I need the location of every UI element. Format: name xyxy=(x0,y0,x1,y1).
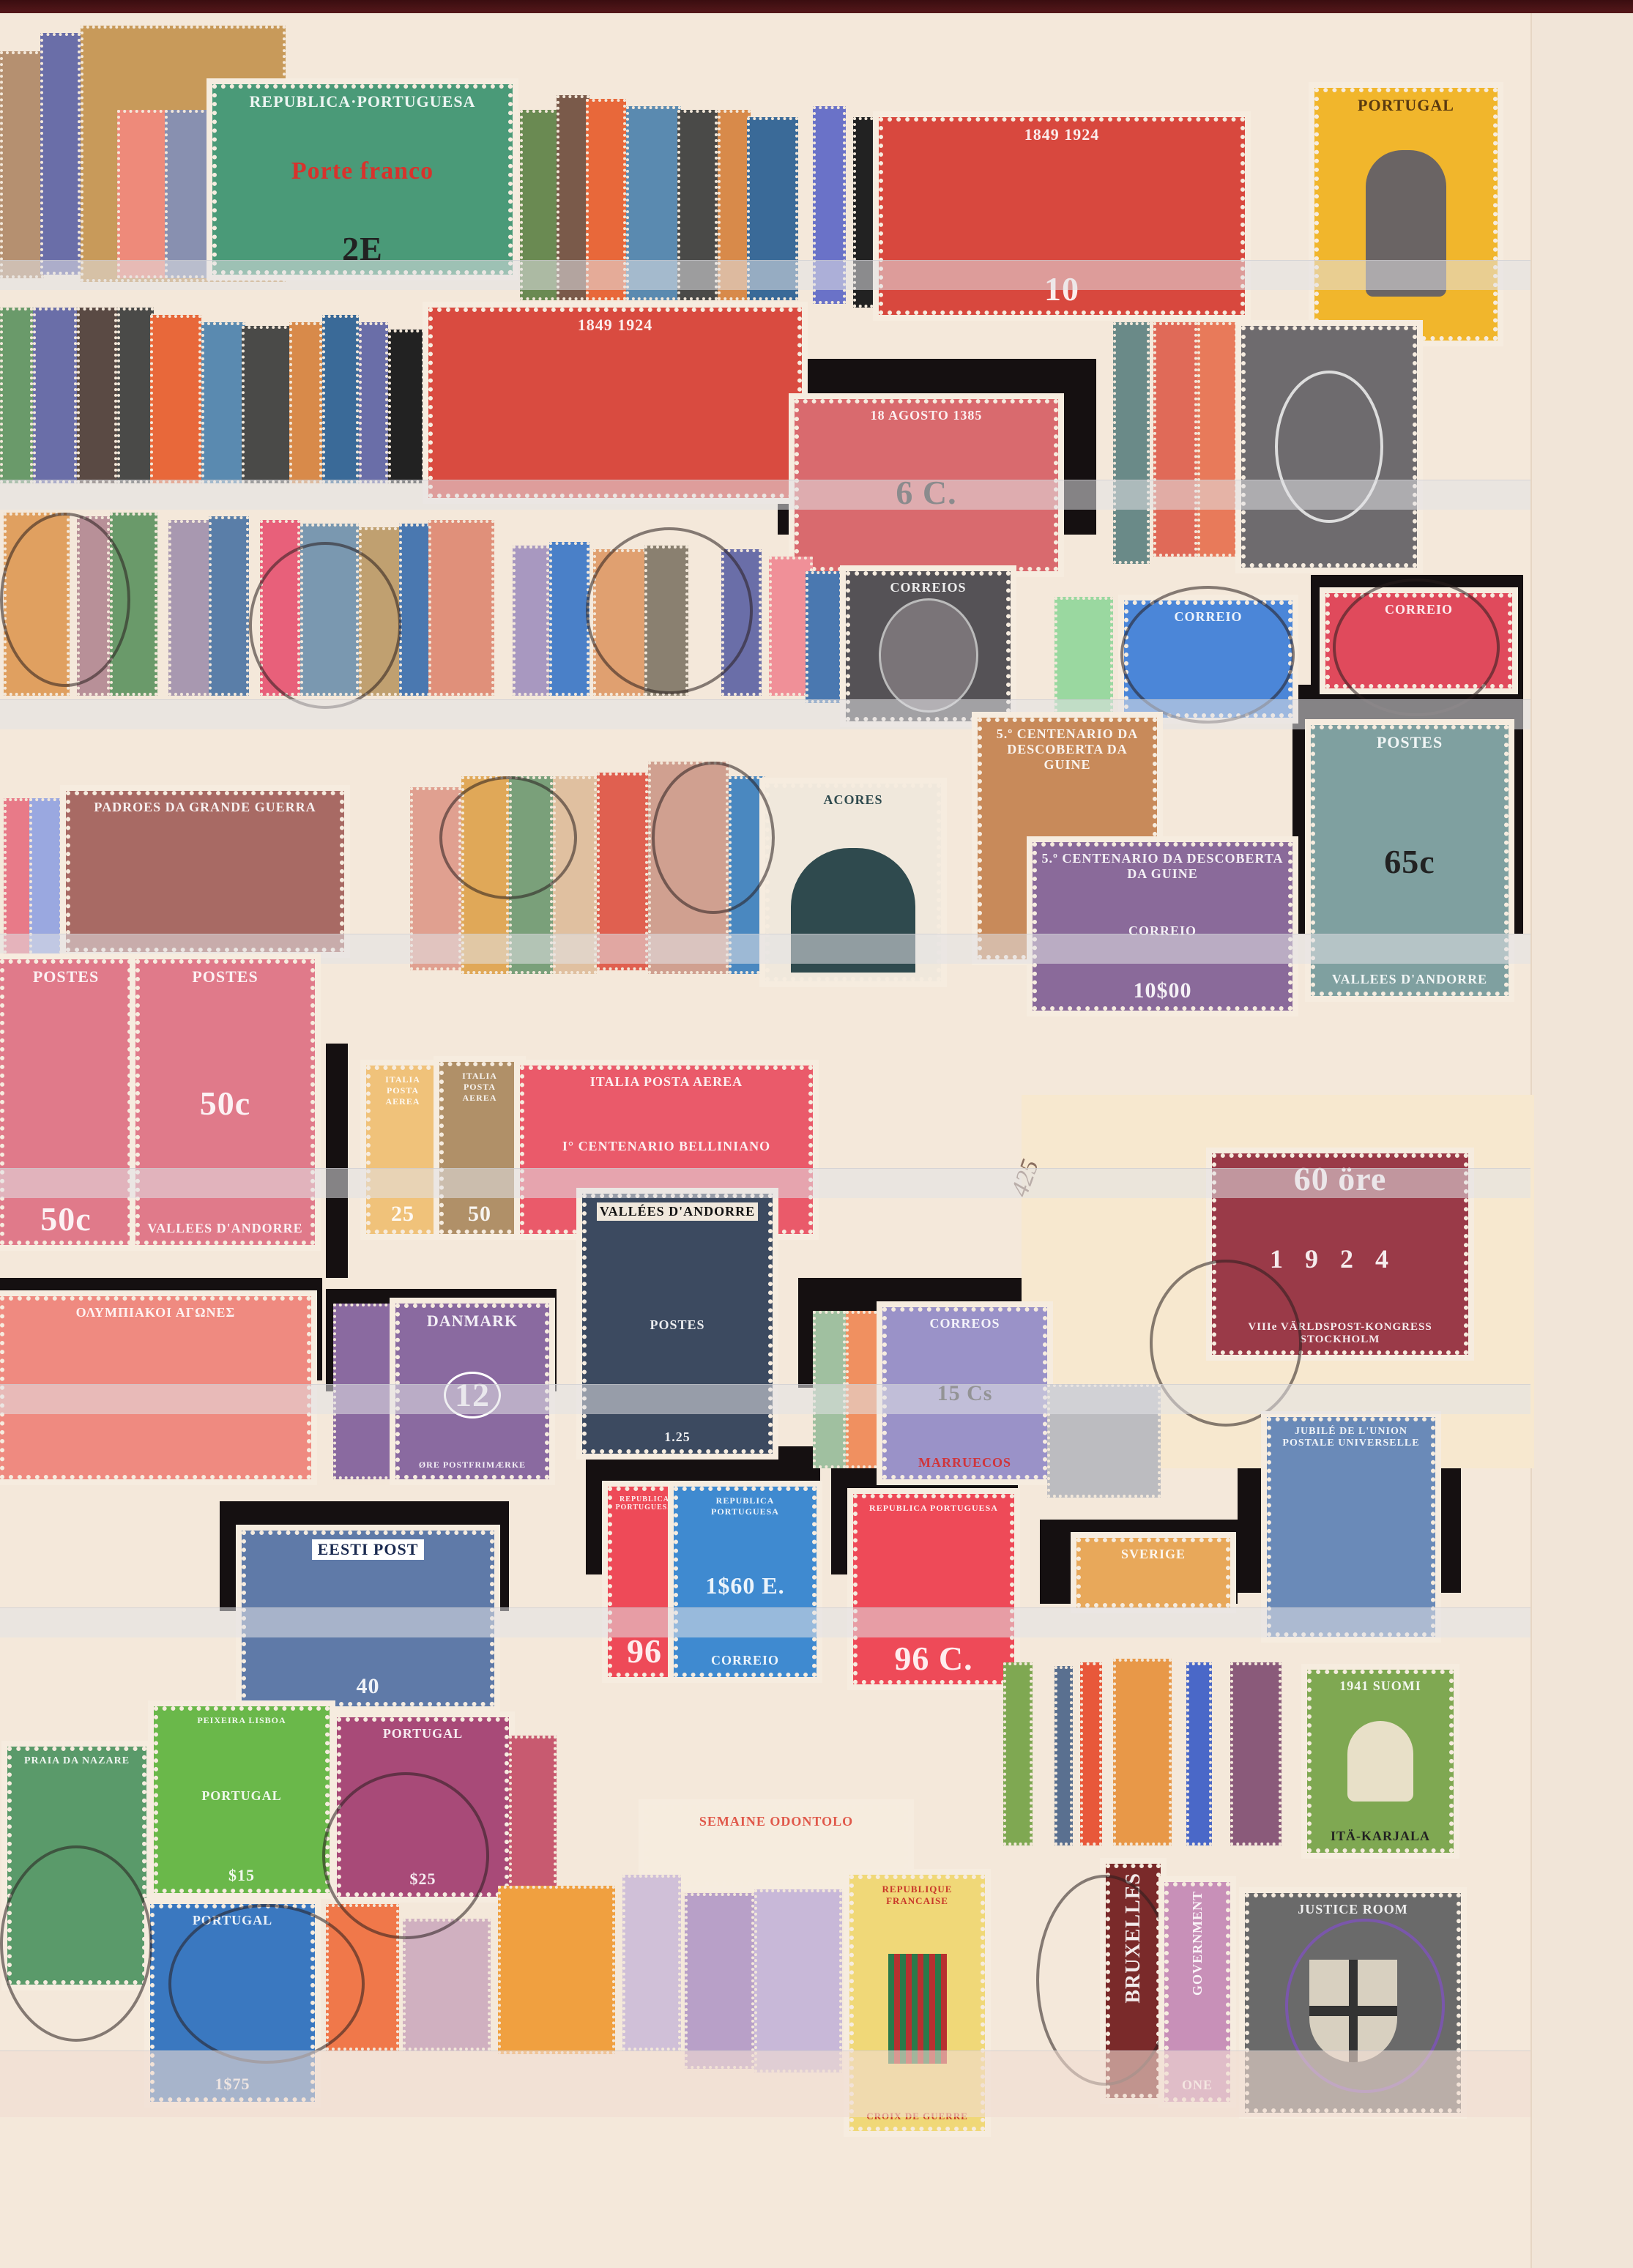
stamp-title: REPUBLIQUE FRANCAISE xyxy=(857,1884,978,1907)
postmark xyxy=(586,527,753,694)
stamp-footer: POSTES xyxy=(650,1317,704,1333)
glassine-strip xyxy=(0,1168,1530,1198)
stamp-belgium-1849-1924-2: 1849 1924 xyxy=(428,308,802,498)
stamp-edge xyxy=(509,1736,557,1900)
stamp-value: 50c xyxy=(40,1202,91,1236)
stamp-edge xyxy=(150,315,201,483)
stamp-edge xyxy=(33,308,77,483)
stamp-title: POSTES xyxy=(1377,734,1443,751)
stamp-footer: CORREIO xyxy=(711,1653,779,1668)
stamp-edge xyxy=(117,308,154,483)
stamp-footer: VALLEES D'ANDORRE xyxy=(1332,972,1487,987)
stamp-edge xyxy=(1003,1662,1033,1845)
stamp-guine-2: 5.º CENTENARIO DA DESCOBERTA DA GUINE CO… xyxy=(1033,842,1292,1011)
stamp-edge xyxy=(359,322,388,483)
stamp-edge xyxy=(165,110,216,278)
stamp-edge xyxy=(1197,322,1238,557)
stamp-title: 5.º CENTENARIO DA DESCOBERTA DA GUINE xyxy=(985,726,1150,773)
portrait-oval xyxy=(879,598,978,713)
stamp-title: 18 AGOSTO 1385 xyxy=(871,408,983,423)
stamp-value: 1.25 xyxy=(664,1429,691,1445)
stamp-portugal-yellow: PORTUGAL xyxy=(1314,88,1498,341)
stamp-footer: VALLEES D'ANDORRE xyxy=(147,1221,302,1236)
portrait-figure xyxy=(1347,1721,1413,1802)
stamp-title: VALLÉES D'ANDORRE xyxy=(597,1202,758,1221)
stamp-value: 10$00 xyxy=(1134,980,1192,1002)
album-right-margin xyxy=(1530,13,1633,2268)
stamp-edge xyxy=(168,520,212,696)
stamp-title: REPUBLICA PORTUGUESA xyxy=(869,1503,998,1514)
postmark xyxy=(439,776,577,899)
stamp-title: EESTI POST xyxy=(312,1539,425,1560)
stamp-andorra-landscape: VALLÉES D'ANDORRE POSTES 1.25 xyxy=(582,1194,773,1454)
stamp-title: JUSTICE ROOM xyxy=(1298,1902,1408,1917)
stamp-title: ITALIA POSTA AEREA xyxy=(373,1074,432,1107)
stamp-edge xyxy=(1113,322,1150,564)
stamp-edge xyxy=(117,110,168,278)
stamp-title: 5.º CENTENARIO DA DESCOBERTA DA GUINE xyxy=(1040,851,1285,882)
stamp-edge xyxy=(498,1886,615,2054)
stamp-edge xyxy=(513,546,549,696)
stamp-edge xyxy=(1186,1662,1212,1845)
postmark xyxy=(1333,579,1500,716)
stamp-value: 96 xyxy=(627,1635,662,1668)
postmark xyxy=(168,1904,365,2064)
stamp-finland-1941: 1941 SUOMI ITÄ-KARJALA xyxy=(1307,1670,1454,1853)
stamp-edge xyxy=(1230,1662,1282,1845)
stamp-overprint: MARRUECOS xyxy=(918,1455,1011,1471)
stamp-title: REPUBLICA PORTUGUESA xyxy=(615,1495,674,1512)
glassine-strip xyxy=(0,2051,1530,2117)
postmark xyxy=(0,1845,152,2042)
stamp-overprint: Porte franco xyxy=(291,159,434,184)
stamp-semaine-odontologique: SEMAINE ODONTOLO xyxy=(644,1805,908,1886)
stamp-title: PADROES DA GRANDE GUERRA xyxy=(94,800,316,815)
stamp-edge xyxy=(289,322,322,483)
stamp-padroes: PADROES DA GRANDE GUERRA xyxy=(66,791,344,952)
postmark xyxy=(249,542,401,709)
stamp-italy-bellini-50: ITALIA POSTA AEREA 50 xyxy=(439,1062,520,1234)
stamp-title: ACORES xyxy=(823,792,882,808)
stamp-title: REPUBLICA·PORTUGUESA xyxy=(250,93,476,111)
stamp-title: SVERIGE xyxy=(1121,1547,1186,1562)
stamp-title: PORTUGAL xyxy=(383,1726,463,1741)
stamp-andorra-50-b: POSTES 50c VALLEES D'ANDORRE xyxy=(135,959,315,1245)
stamp-edge xyxy=(388,330,425,483)
stamp-edge xyxy=(201,322,245,483)
stamp-title: JUBILÉ DE L'UNION POSTALE UNIVERSELLE xyxy=(1274,1426,1428,1449)
stamp-edge xyxy=(77,308,117,483)
stamp-value: 1$60 E. xyxy=(705,1574,784,1597)
stamp-value: 50 xyxy=(468,1203,491,1225)
black-mount xyxy=(326,1044,348,1278)
stamp-edge xyxy=(40,33,81,275)
stamp-edge xyxy=(754,1889,842,2072)
stamp-title: CORREIOS xyxy=(890,580,966,595)
stamp-ceres-96-a: REPUBLICA PORTUGUESA 96 xyxy=(608,1487,681,1677)
postmark xyxy=(0,513,130,687)
stamp-edge xyxy=(806,571,842,703)
stamp-edge xyxy=(549,542,589,696)
stamp-value: $15 xyxy=(228,1867,255,1884)
stamp-value: 50c xyxy=(200,1087,250,1120)
stamp-title: PRAIA DA NAZARE xyxy=(24,1755,130,1767)
stamp-year: 1924 xyxy=(1270,1246,1410,1272)
stamp-ceres-96-b: REPUBLICA PORTUGUESA 96 C. xyxy=(853,1494,1014,1684)
stamp-extra: PEIXEIRA LISBOA xyxy=(197,1715,286,1726)
stamp-overprint: ITÄ-KARJALA xyxy=(1331,1829,1430,1844)
stamp-porte-franco: REPUBLICA·PORTUGUESA Porte franco 2E xyxy=(212,84,513,275)
stamp-edge xyxy=(685,1893,754,2069)
stamp-portugal-15: PEIXEIRA LISBOA PORTUGAL $15 xyxy=(154,1706,330,1893)
stamp-value: 25 xyxy=(391,1203,414,1225)
glassine-strip xyxy=(0,480,1530,510)
stamp-edge xyxy=(0,308,33,483)
stamp-title: 1849 1924 xyxy=(578,316,653,334)
medal-ribbon xyxy=(888,1954,947,2064)
stamp-title: SEMAINE ODONTOLO xyxy=(699,1814,853,1829)
stamp-subtitle: I° CENTENARIO BELLINIANO xyxy=(562,1139,770,1154)
stamp-value: 65c xyxy=(1384,845,1435,879)
stamp-grey-portrait xyxy=(1241,326,1417,568)
stamp-title: CORREOS xyxy=(929,1316,1000,1331)
stamp-edge xyxy=(0,51,44,278)
stamp-andorra-50-a: POSTES 50c xyxy=(0,959,132,1245)
stamp-edge xyxy=(1080,1662,1102,1845)
stamp-edge xyxy=(1153,322,1197,557)
stamp-sweden-orange: SVERIGE xyxy=(1076,1538,1230,1607)
stamp-edge xyxy=(622,1875,681,2051)
postmark xyxy=(652,762,775,914)
stamp-edge xyxy=(428,520,494,696)
stamp-title: PORTUGAL xyxy=(201,1788,281,1804)
stamp-value: 96 C. xyxy=(894,1642,972,1676)
stamp-italy-bellini-25: ITALIA POSTA AEREA 25 xyxy=(366,1066,439,1234)
stamp-footer: ØRE POSTFRIMÆRKE xyxy=(419,1460,526,1471)
postmark xyxy=(322,1772,489,1939)
stamp-title: ΟΛΥΜΠΙΑΚΟΙ ΑΓΩΝΕΣ xyxy=(76,1305,236,1320)
stamp-title: REPUBLICA PORTUGUESA xyxy=(681,1495,809,1517)
glassine-strip xyxy=(0,1384,1530,1414)
stamp-title: 1849 1924 xyxy=(1024,126,1100,144)
glassine-strip xyxy=(0,260,1530,290)
stamp-value: 40 xyxy=(357,1676,380,1698)
stamp-edge xyxy=(1054,1666,1073,1845)
stamp-title: ITALIA POSTA AEREA xyxy=(447,1071,513,1104)
stamp-title: GOVERNMENT xyxy=(1190,1891,1205,1996)
stamp-edge xyxy=(322,315,359,483)
stamp-title: PORTUGAL xyxy=(1358,97,1454,114)
stamp-title: POSTES xyxy=(192,968,258,986)
stamp-title: DANMARK xyxy=(427,1312,518,1330)
glassine-strip xyxy=(0,1607,1530,1637)
stamp-edge xyxy=(1113,1659,1172,1845)
glassine-strip xyxy=(0,699,1530,729)
stamp-upu-jubilee: JUBILÉ DE L'UNION POSTALE UNIVERSELLE xyxy=(1267,1417,1435,1637)
stamp-edge xyxy=(242,326,293,483)
stamp-title: 1941 SUOMI xyxy=(1339,1678,1421,1694)
stamp-ceres-1e60: REPUBLICA PORTUGUESA 1$60 E. CORREIO xyxy=(674,1487,816,1677)
stamp-title: POSTES xyxy=(33,968,99,986)
stamp-edge xyxy=(209,516,249,696)
stamp-title: ITALIA POSTA AEREA xyxy=(590,1074,743,1090)
